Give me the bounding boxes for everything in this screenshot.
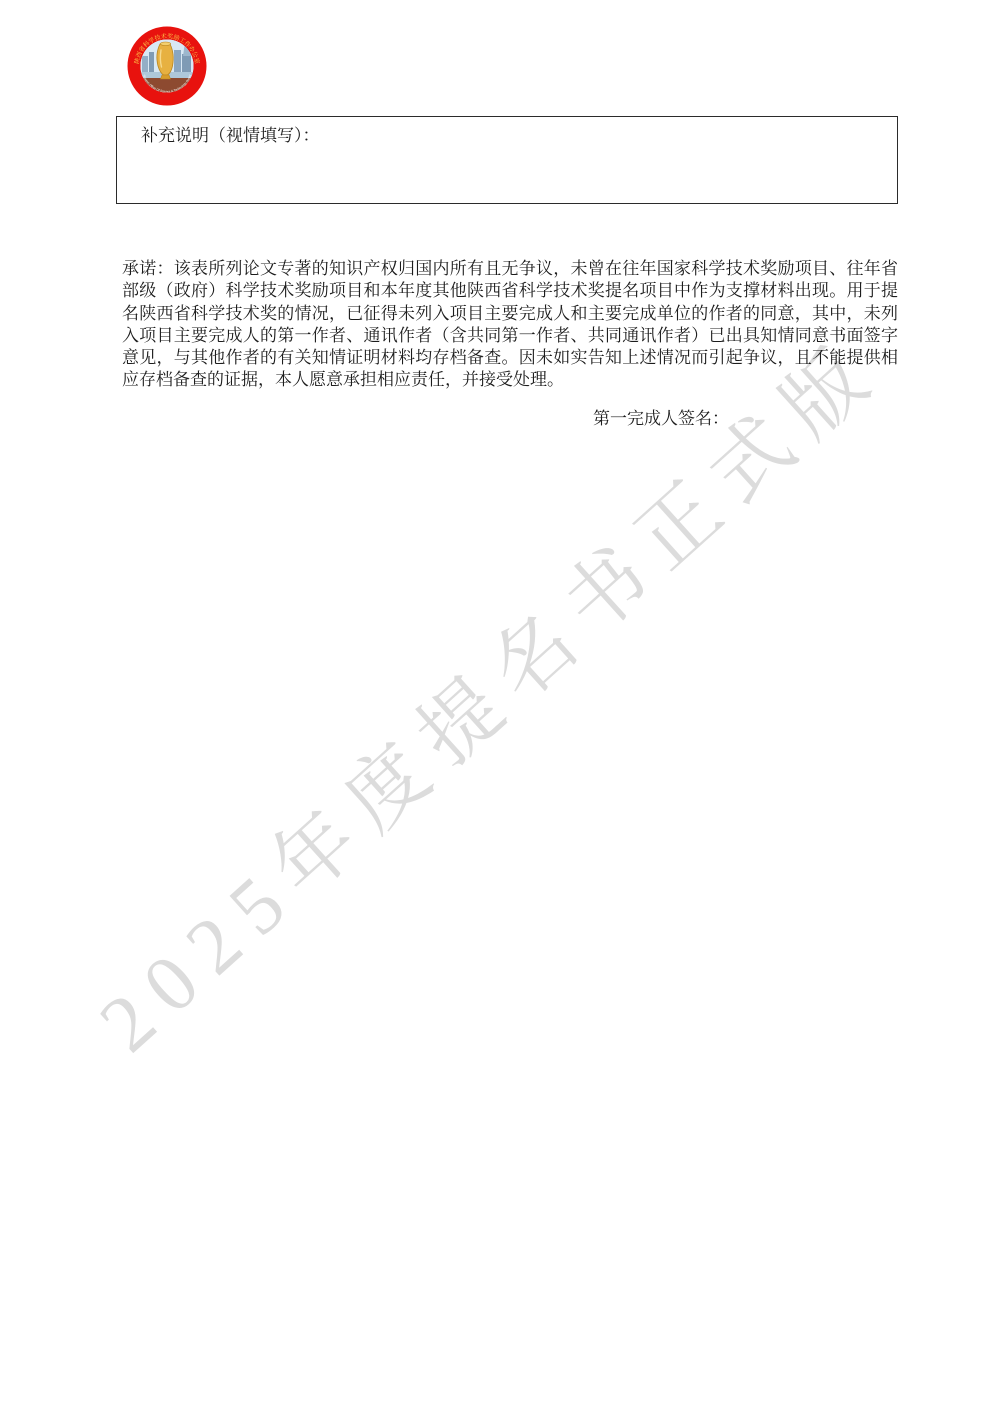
- commitment-statement: 承诺：该表所列论文专著的知识产权归国内所有且无争议，未曾在往年国家科学技术奖励项…: [122, 258, 898, 392]
- trophy-seal-icon: 陕西省科学技术奖励工作办公室 Shaanxi Office Of Science…: [127, 26, 207, 106]
- supplement-notes-box: 补充说明（视情填写）：: [116, 116, 898, 204]
- award-office-seal: 陕西省科学技术奖励工作办公室 Shaanxi Office Of Science…: [127, 26, 207, 106]
- supplement-notes-label: 补充说明（视情填写）：: [141, 125, 320, 147]
- supplement-notes-field[interactable]: [141, 151, 885, 197]
- signature-label: 第一完成人签名：: [593, 408, 729, 430]
- signature-field[interactable]: [729, 404, 869, 424]
- document-page: 2025年度提名书正式版: [0, 0, 990, 1401]
- signature-line: 第一完成人签名：: [593, 404, 869, 430]
